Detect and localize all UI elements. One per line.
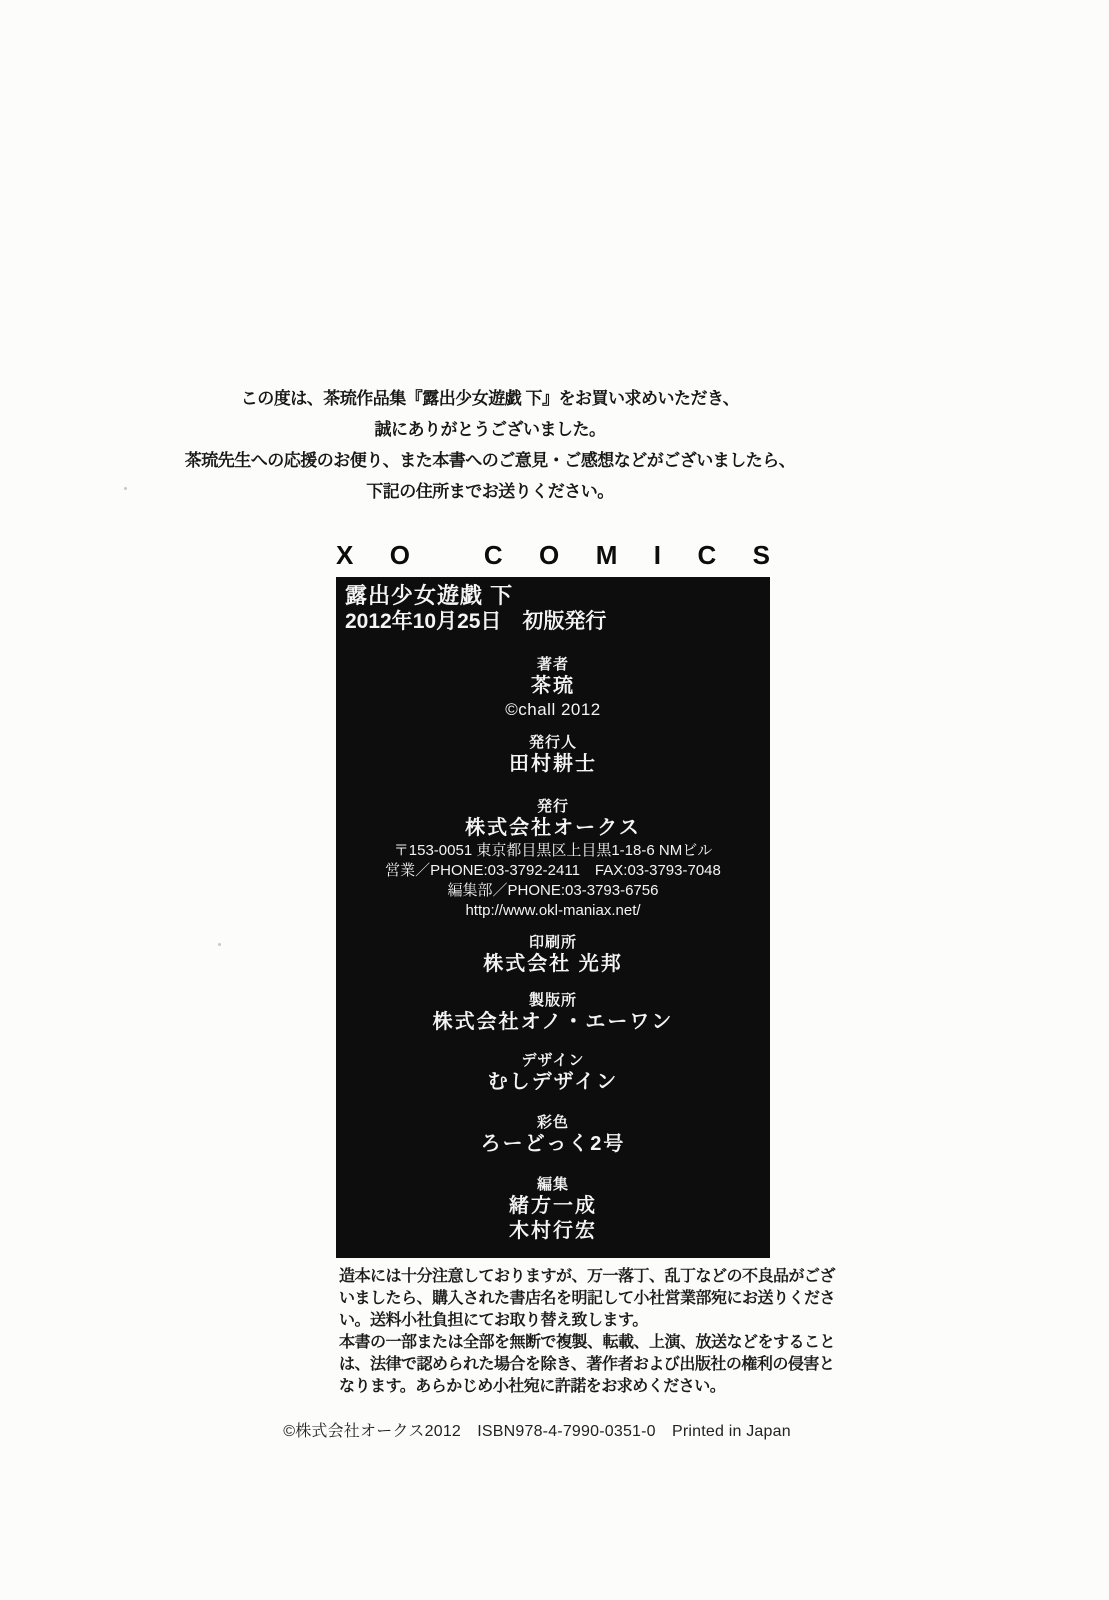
section-author: 著者 茶琉 ©chall 2012 xyxy=(336,655,770,721)
logo-letter: X xyxy=(336,541,353,570)
printer-label: 印刷所 xyxy=(336,933,770,952)
coloring-name: ろーどっく2号 xyxy=(336,1132,770,1157)
notice-line: いましたら、購入された書店名を明記して小社営業部宛にお送りくださ xyxy=(339,1288,835,1310)
thank-you-block: この度は、茶琉作品集『露出少女遊戯 下』をお買い求めいただき、 誠にありがとうご… xyxy=(0,383,980,507)
edition-date: 2012年10月25日 初版発行 xyxy=(345,609,770,635)
notice-line: なります。あらかじめ小社宛に許諾をお求めください。 xyxy=(339,1376,835,1398)
editor-name: 木村行宏 xyxy=(336,1219,770,1244)
notice-line: い。送料小社負担にてお取り替え致します。 xyxy=(339,1310,835,1332)
section-publisher: 発行 株式会社オークス 〒153-0051 東京都目黒区上目黒1-18-6 NM… xyxy=(336,797,770,921)
section-coloring: 彩色 ろーどっく2号 xyxy=(336,1113,770,1157)
publisher-phone-sales: 営業／PHONE:03-3792-2411 FAX:03-3793-7048 xyxy=(336,861,770,881)
publisher-address: 〒153-0051 東京都目黒区上目黒1-18-6 NMビル xyxy=(336,841,770,861)
thank-you-line: 茶琉先生への応援のお便り、また本書へのご意見・ご感想などがございましたら、 xyxy=(0,445,980,476)
defect-notice-block: 造本には十分注意しておりますが、万一落丁、乱丁などの不良品がござ いましたら、購… xyxy=(339,1266,835,1398)
editors-label: 編集 xyxy=(336,1175,770,1194)
thank-you-line: 誠にありがとうございました。 xyxy=(0,414,980,445)
coloring-label: 彩色 xyxy=(336,1113,770,1132)
section-issuer: 発行人 田村耕士 xyxy=(336,733,770,777)
scan-speck xyxy=(218,943,221,946)
printer-name: 株式会社 光邦 xyxy=(336,952,770,977)
design-label: デザイン xyxy=(336,1051,770,1070)
notice-line: 造本には十分注意しておりますが、万一落丁、乱丁などの不良品がござ xyxy=(339,1266,835,1288)
author-name: 茶琉 xyxy=(336,674,770,699)
logo-letter: C xyxy=(697,541,716,570)
book-title: 露出少女遊戯 下 xyxy=(345,583,770,609)
notice-line: は、法律で認められた場合を除き、著作者および出版社の権利の侵害と xyxy=(339,1354,835,1376)
logo-letter: I xyxy=(654,541,661,570)
copyright-isbn-line: ©株式会社オークス2012 ISBN978-4-7990-0351-0 Prin… xyxy=(0,1418,1074,1441)
publisher-url: http://www.okl-maniax.net/ xyxy=(336,901,770,921)
issuer-name: 田村耕士 xyxy=(336,752,770,777)
publisher-name: 株式会社オークス xyxy=(336,816,770,841)
publisher-phone-editorial: 編集部／PHONE:03-3793-6756 xyxy=(336,881,770,901)
thank-you-line: この度は、茶琉作品集『露出少女遊戯 下』をお買い求めいただき、 xyxy=(0,383,980,414)
issuer-label: 発行人 xyxy=(336,733,770,752)
logo-letter: M xyxy=(596,541,618,570)
author-label: 著者 xyxy=(336,655,770,674)
logo-letter: C xyxy=(484,541,503,570)
colophon-page: この度は、茶琉作品集『露出少女遊戯 下』をお買い求めいただき、 誠にありがとうご… xyxy=(0,0,1109,1600)
publisher-label: 発行 xyxy=(336,797,770,816)
thank-you-line: 下記の住所までお送りください。 xyxy=(0,476,980,507)
logo-letter: O xyxy=(539,541,559,570)
section-plate-maker: 製版所 株式会社オノ・エーワン xyxy=(336,991,770,1035)
plate-maker-label: 製版所 xyxy=(336,991,770,1010)
notice-line: 本書の一部または全部を無断で複製、転載、上演、放送などをすること xyxy=(339,1332,835,1354)
logo-letter: S xyxy=(753,541,770,570)
logo-letter: O xyxy=(390,541,410,570)
plate-maker-name: 株式会社オノ・エーワン xyxy=(336,1010,770,1035)
section-editors: 編集 緒方一成 木村行宏 xyxy=(336,1175,770,1244)
xo-comics-logo: X O C O M I C S xyxy=(336,541,770,570)
section-design: デザイン むしデザイン xyxy=(336,1051,770,1095)
author-copyright: ©chall 2012 xyxy=(336,699,770,721)
design-name: むしデザイン xyxy=(336,1070,770,1095)
editor-name: 緒方一成 xyxy=(336,1194,770,1219)
colophon-header: 露出少女遊戯 下 2012年10月25日 初版発行 xyxy=(336,577,770,635)
colophon-box: 露出少女遊戯 下 2012年10月25日 初版発行 著者 茶琉 ©chall 2… xyxy=(336,577,770,1258)
section-printer: 印刷所 株式会社 光邦 xyxy=(336,933,770,977)
